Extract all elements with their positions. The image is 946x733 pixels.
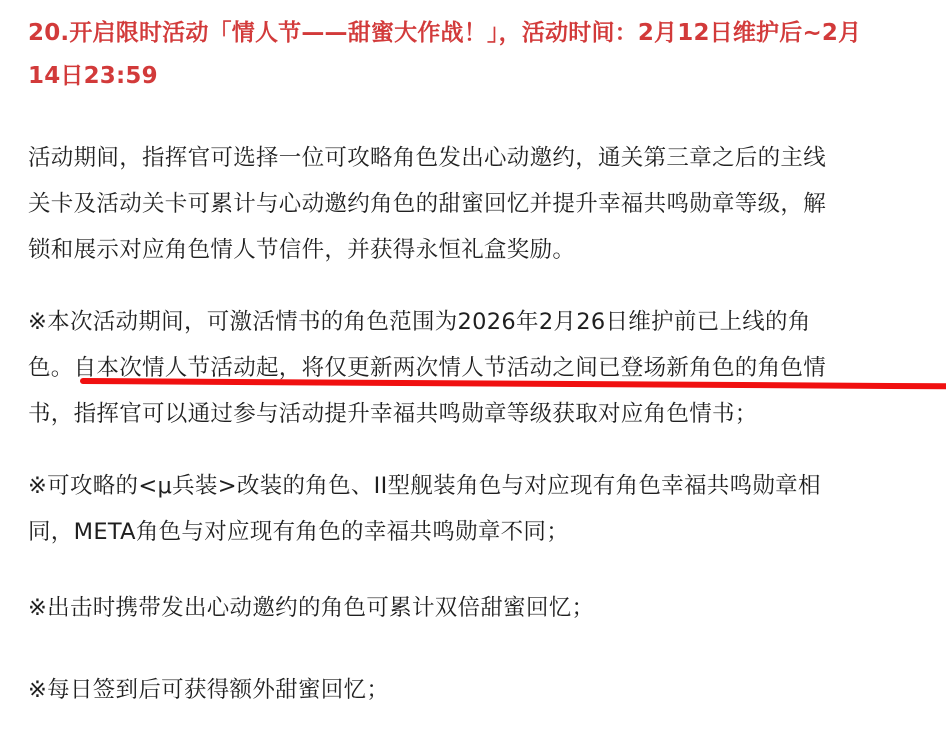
- paragraph-line: 活动期间，指挥官可选择一位可攻略角色发出心动邀约，通关第三章之后的主线: [28, 135, 928, 181]
- paragraph-note-double-memories: ※出击时携带发出心动邀约的角色可累计双倍甜蜜回忆；: [28, 585, 928, 631]
- heading-line: 14日23:59: [28, 55, 928, 98]
- paragraph-note-daily-signin: ※每日签到后可获得额外甜蜜回忆；: [28, 667, 928, 713]
- paragraph-note-retrofit-medals: ※可攻略的<μ兵装>改装的角色、II型舰装角色与对应现有角色幸福共鸣勋章相 同，…: [28, 463, 928, 555]
- paragraph-line: ※出击时携带发出心动邀约的角色可累计双倍甜蜜回忆；: [28, 585, 928, 631]
- paragraph-line: ※每日签到后可获得额外甜蜜回忆；: [28, 667, 928, 713]
- paragraph-line: ※可攻略的<μ兵装>改装的角色、II型舰装角色与对应现有角色幸福共鸣勋章相: [28, 463, 928, 509]
- paragraph-line: 关卡及活动关卡可累计与心动邀约角色的甜蜜回忆并提升幸福共鸣勋章等级，解: [28, 181, 928, 227]
- heading-line: 20.开启限时活动「情人节——甜蜜大作战！」，活动时间：2月12日维护后~2月: [28, 12, 928, 55]
- paragraph-line: 同，META角色与对应现有角色的幸福共鸣勋章不同；: [28, 509, 928, 555]
- paragraph-note-love-letter-scope: ※本次活动期间，可激活情书的角色范围为2026年2月26日维护前已上线的角 色。…: [28, 299, 928, 437]
- paragraph-line: 锁和展示对应角色情人节信件，并获得永恒礼盒奖励。: [28, 227, 928, 273]
- paragraph-line: ※本次活动期间，可激活情书的角色范围为2026年2月26日维护前已上线的角: [28, 299, 928, 345]
- paragraph-event-description: 活动期间，指挥官可选择一位可攻略角色发出心动邀约，通关第三章之后的主线 关卡及活…: [28, 135, 928, 273]
- paragraph-line: 书，指挥官可以通过参与活动提升幸福共鸣勋章等级获取对应角色情书；: [28, 391, 928, 437]
- section-heading: 20.开启限时活动「情人节——甜蜜大作战！」，活动时间：2月12日维护后~2月 …: [28, 12, 928, 98]
